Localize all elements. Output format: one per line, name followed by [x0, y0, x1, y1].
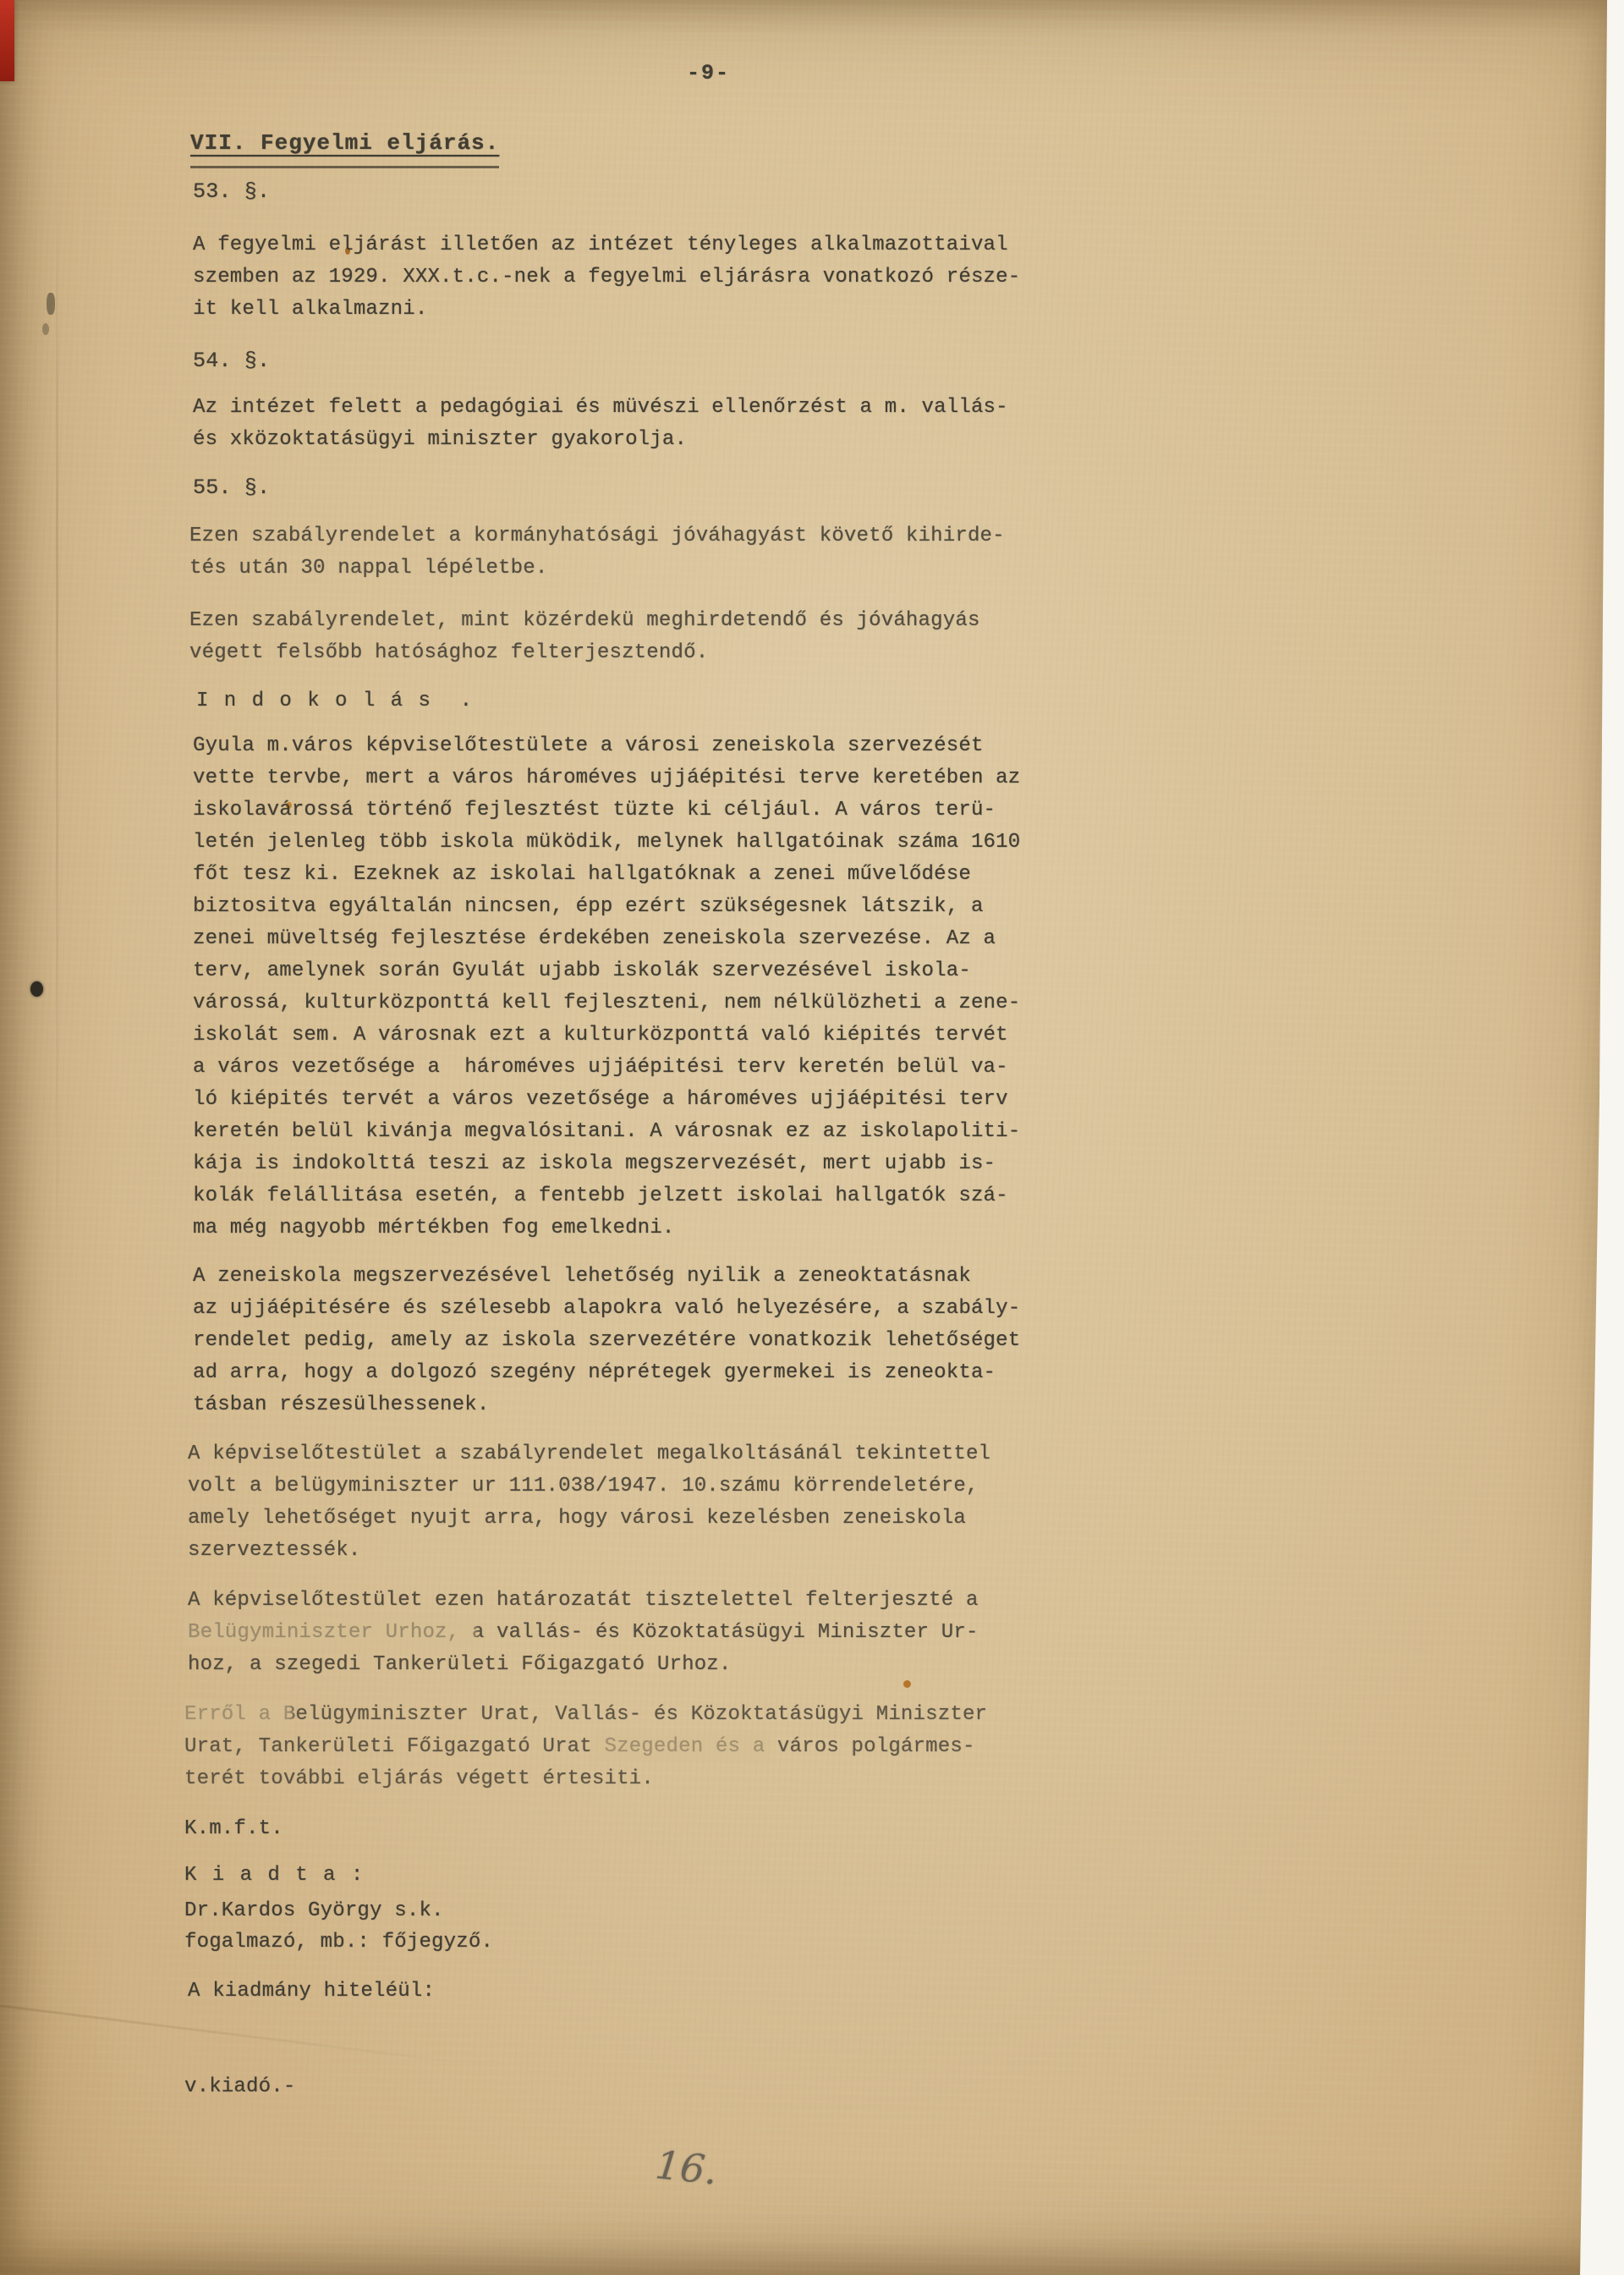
paragraph-53-body: A fegyelmi eljárást illetően az intézet … — [193, 229, 1020, 326]
justification-paragraph-1: Gyula m.város képviselőtestülete a város… — [193, 730, 1020, 1245]
issuer-title: fogalmazó, mb.: főjegyző. — [184, 1926, 493, 1959]
paragraph-55-body: Ezen szabályrendelet a kormányhatósági j… — [189, 520, 1005, 585]
justification-paragraph-3: A képviselőtestület a szabályrendelet me… — [188, 1438, 990, 1567]
paragraph-54-label: 54. §. — [193, 345, 270, 377]
margin-smudge — [42, 323, 49, 335]
attestation-line: A kiadmány hiteléül: — [188, 1976, 435, 2008]
margin-smudge — [47, 293, 55, 315]
clause-paragraph: Ezen szabályrendelet, mint közérdekü meg… — [189, 605, 980, 669]
paper-sheet: -9- VII. Fegyelmi eljárás. 53. §. A fegy… — [0, 0, 1624, 2275]
handwritten-page-note: 16. — [653, 2141, 719, 2193]
justification-paragraph-4: A képviselőtestület ezen határozatát tis… — [188, 1585, 979, 1681]
paragraph-54-body: Az intézet felett a pedagógiai és müvész… — [193, 392, 1008, 456]
red-corner-mark — [0, 0, 14, 81]
issuer-name: Dr.Kardos György s.k. — [184, 1895, 444, 1927]
scanned-document-page: -9- VII. Fegyelmi eljárás. 53. §. A fegy… — [0, 0, 1624, 2275]
section-heading: VII. Fegyelmi eljárás. — [190, 127, 499, 168]
ink-blot — [30, 981, 43, 997]
paragraph-55-label: 55. §. — [193, 472, 270, 504]
page-number: -9- — [687, 58, 730, 90]
closing-kmft: K.m.f.t. — [184, 1813, 283, 1845]
issued-by-label: K i a d t a : — [184, 1860, 365, 1892]
justification-heading: I n d o k o l á s . — [196, 685, 474, 717]
paper-speck — [903, 1680, 911, 1688]
justification-paragraph-2: A zeneiskola megszervezésével lehetőség … — [193, 1261, 1020, 1421]
publisher-line: v.kiadó.- — [184, 2071, 295, 2103]
justification-paragraph-5: Erről a Belügyminiszter Urat, Vallás- és… — [184, 1699, 987, 1795]
paragraph-53-label: 53. §. — [193, 176, 270, 208]
paper-crease — [56, 178, 58, 1320]
paper-crease — [0, 1998, 472, 2065]
